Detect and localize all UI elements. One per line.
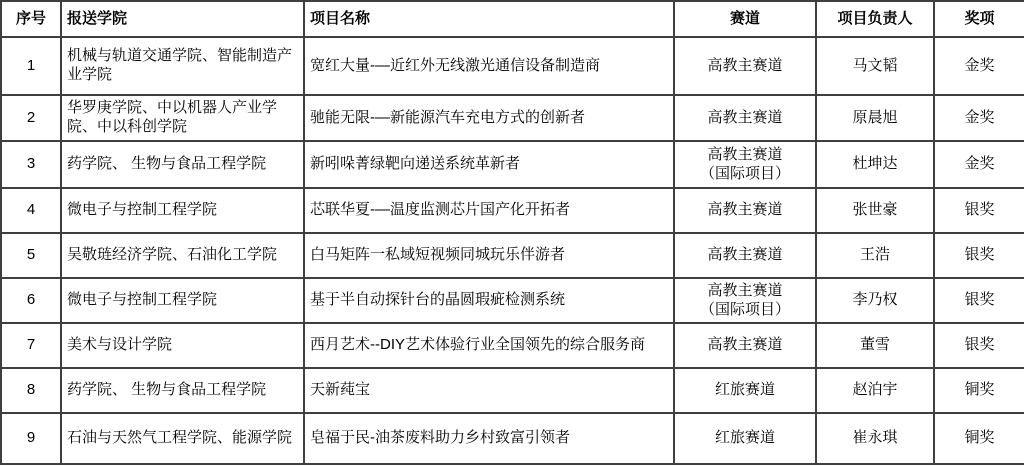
col-header-leader: 项目负责人: [816, 1, 934, 37]
cell-no: 2: [1, 95, 61, 141]
awards-table: 序号 报送学院 项目名称 赛道 项目负责人 奖项 1 机械与轨道交通学院、智能制…: [0, 0, 1024, 465]
cell-award: 铜奖: [934, 413, 1024, 464]
cell-leader: 杜坤达: [816, 141, 934, 188]
cell-track: 高教主赛道 （国际项目）: [674, 141, 816, 188]
cell-award: 银奖: [934, 323, 1024, 368]
table-row: 3 药学院、 生物与食品工程学院 新吲哚菁绿靶向递送系统革新者 高教主赛道 （国…: [1, 141, 1024, 188]
cell-leader: 张世豪: [816, 188, 934, 233]
cell-college: 华罗庚学院、中以机器人产业学院、中以科创学院: [61, 95, 304, 141]
cell-track: 高教主赛道: [674, 95, 816, 141]
table-row: 8 药学院、 生物与食品工程学院 天新莼宝 红旅赛道 赵泊宇 铜奖: [1, 368, 1024, 413]
table-row: 6 微电子与控制工程学院 基于半自动探针台的晶圆瑕疵检测系统 高教主赛道 （国际…: [1, 278, 1024, 323]
cell-project: 新吲哚菁绿靶向递送系统革新者: [304, 141, 674, 188]
cell-leader: 赵泊宇: [816, 368, 934, 413]
cell-college: 微电子与控制工程学院: [61, 278, 304, 323]
cell-college: 微电子与控制工程学院: [61, 188, 304, 233]
cell-project: 基于半自动探针台的晶圆瑕疵检测系统: [304, 278, 674, 323]
col-header-award: 奖项: [934, 1, 1024, 37]
cell-project: 天新莼宝: [304, 368, 674, 413]
cell-no: 8: [1, 368, 61, 413]
cell-award: 金奖: [934, 37, 1024, 95]
col-header-no: 序号: [1, 1, 61, 37]
cell-track: 高教主赛道: [674, 188, 816, 233]
cell-no: 6: [1, 278, 61, 323]
cell-leader: 原晨旭: [816, 95, 934, 141]
cell-track: 高教主赛道: [674, 233, 816, 278]
cell-no: 3: [1, 141, 61, 188]
table-row: 9 石油与天然气工程学院、能源学院 皂福于民-油茶废料助力乡村致富引领者 红旅赛…: [1, 413, 1024, 464]
cell-award: 金奖: [934, 95, 1024, 141]
cell-project: 驰能无限-—新能源汽车充电方式的创新者: [304, 95, 674, 141]
table-row: 4 微电子与控制工程学院 芯联华夏-—温度监测芯片国产化开拓者 高教主赛道 张世…: [1, 188, 1024, 233]
cell-college: 石油与天然气工程学院、能源学院: [61, 413, 304, 464]
cell-project: 宽红大量-—近红外无线激光通信设备制造商: [304, 37, 674, 95]
cell-track: 高教主赛道 （国际项目）: [674, 278, 816, 323]
cell-college: 吴敬琏经济学院、石油化工学院: [61, 233, 304, 278]
cell-no: 4: [1, 188, 61, 233]
cell-project: 白马矩阵一私域短视频同城玩乐伴游者: [304, 233, 674, 278]
cell-track: 高教主赛道: [674, 37, 816, 95]
cell-award: 银奖: [934, 278, 1024, 323]
header-row: 序号 报送学院 项目名称 赛道 项目负责人 奖项: [1, 1, 1024, 37]
cell-no: 9: [1, 413, 61, 464]
cell-project: 芯联华夏-—温度监测芯片国产化开拓者: [304, 188, 674, 233]
table-row: 2 华罗庚学院、中以机器人产业学院、中以科创学院 驰能无限-—新能源汽车充电方式…: [1, 95, 1024, 141]
table-row: 7 美术与设计学院 西月艺术--DIY艺术体验行业全国领先的综合服务商 高教主赛…: [1, 323, 1024, 368]
cell-leader: 李乃权: [816, 278, 934, 323]
cell-leader: 马文韬: [816, 37, 934, 95]
cell-college: 药学院、 生物与食品工程学院: [61, 368, 304, 413]
col-header-college: 报送学院: [61, 1, 304, 37]
cell-college: 机械与轨道交通学院、智能制造产业学院: [61, 37, 304, 95]
cell-award: 银奖: [934, 188, 1024, 233]
cell-project: 皂福于民-油茶废料助力乡村致富引领者: [304, 413, 674, 464]
table-row: 5 吴敬琏经济学院、石油化工学院 白马矩阵一私域短视频同城玩乐伴游者 高教主赛道…: [1, 233, 1024, 278]
cell-leader: 王浩: [816, 233, 934, 278]
cell-award: 金奖: [934, 141, 1024, 188]
cell-award: 银奖: [934, 233, 1024, 278]
cell-no: 5: [1, 233, 61, 278]
cell-track: 高教主赛道: [674, 323, 816, 368]
cell-college: 美术与设计学院: [61, 323, 304, 368]
col-header-track: 赛道: [674, 1, 816, 37]
cell-project: 西月艺术--DIY艺术体验行业全国领先的综合服务商: [304, 323, 674, 368]
cell-track: 红旅赛道: [674, 413, 816, 464]
cell-award: 铜奖: [934, 368, 1024, 413]
col-header-project: 项目名称: [304, 1, 674, 37]
cell-no: 1: [1, 37, 61, 95]
cell-track: 红旅赛道: [674, 368, 816, 413]
cell-leader: 崔永琪: [816, 413, 934, 464]
table-row: 1 机械与轨道交通学院、智能制造产业学院 宽红大量-—近红外无线激光通信设备制造…: [1, 37, 1024, 95]
cell-college: 药学院、 生物与食品工程学院: [61, 141, 304, 188]
cell-leader: 董雪: [816, 323, 934, 368]
cell-no: 7: [1, 323, 61, 368]
